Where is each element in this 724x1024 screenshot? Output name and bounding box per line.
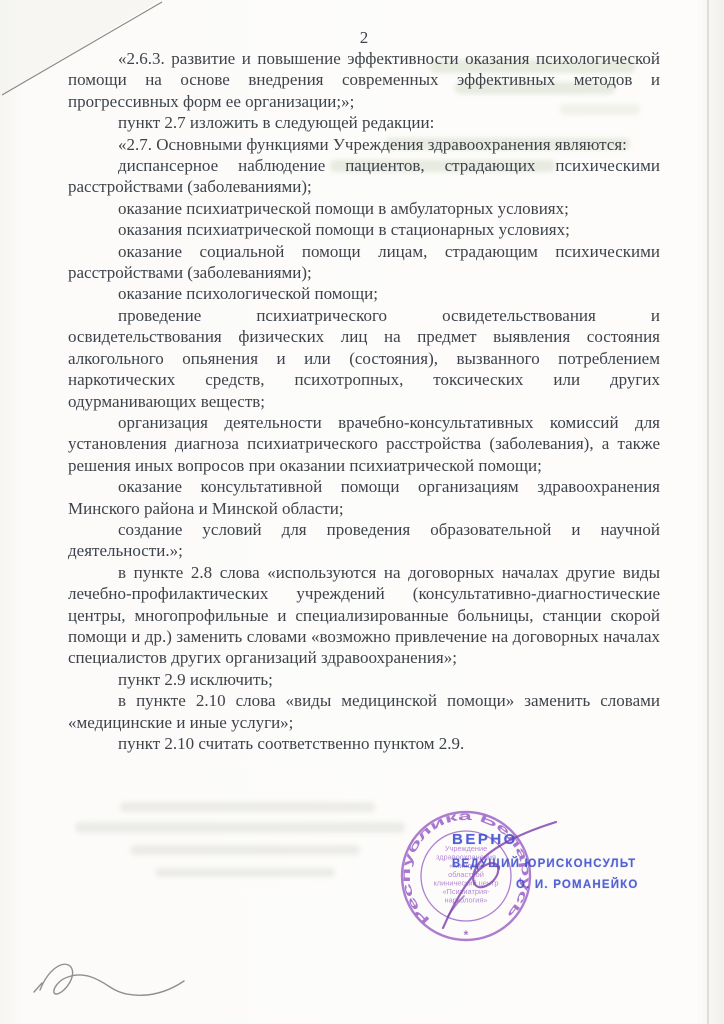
document-paragraph: оказание социальной помощи лицам, страда… bbox=[68, 241, 660, 284]
document-paragraph: пункт 2.7 изложить в следующей редакции: bbox=[68, 112, 660, 133]
pencil-signature bbox=[24, 948, 214, 1018]
scanned-document-page: 2 «2.6.3. развитие и повышение эффективн… bbox=[0, 0, 724, 1024]
document-paragraph: организация деятельности врачебно-консул… bbox=[68, 412, 660, 476]
document-paragraph: создание условий для проведения образова… bbox=[68, 519, 660, 562]
document-paragraph: «2.7. Основными функциями Учреждения здр… bbox=[68, 134, 660, 155]
ink-bleedthrough bbox=[130, 845, 360, 855]
stamp-bottom-symbol: * bbox=[464, 928, 469, 942]
document-paragraph: в пункте 2.8 слова «используются на дого… bbox=[68, 562, 660, 669]
ink-bleedthrough bbox=[75, 822, 405, 833]
document-body: «2.6.3. развитие и повышение эффективнос… bbox=[68, 48, 660, 754]
document-paragraph: диспансерное наблюдение пациентов, страд… bbox=[68, 155, 660, 198]
page-number: 2 bbox=[68, 28, 660, 48]
document-paragraph: оказание консультативной помощи организа… bbox=[68, 476, 660, 519]
certification-verno-label: ВЕРНО bbox=[452, 831, 639, 848]
document-paragraph: в пункте 2.10 слова «виды медицинской по… bbox=[68, 690, 660, 733]
scan-edge-line bbox=[707, 0, 709, 1024]
document-paragraph: оказание психиатрической помощи в амбула… bbox=[68, 198, 660, 219]
document-paragraph: пункт 2.10 считать соответственно пункто… bbox=[68, 733, 660, 754]
document-paragraph: пункт 2.9 исключить; bbox=[68, 669, 660, 690]
certification-stamp: ВЕРНО ВЕДУЩИЙ ЮРИСКОНСУЛЬТ О. И. РОМАНЕЙ… bbox=[452, 831, 639, 891]
stamp-inner-line: наркология» bbox=[444, 896, 487, 905]
ink-bleedthrough bbox=[155, 868, 335, 877]
document-paragraph: проведение психиатрического освидетельст… bbox=[68, 305, 660, 412]
document-paragraph: «2.6.3. развитие и повышение эффективнос… bbox=[68, 48, 660, 112]
document-paragraph: оказание психологической помощи; bbox=[68, 283, 660, 304]
document-paragraph: оказания психиатрической помощи в стацио… bbox=[68, 219, 660, 240]
certification-name: О. И. РОМАНЕЙКО bbox=[516, 879, 639, 891]
certification-title: ВЕДУЩИЙ ЮРИСКОНСУЛЬТ bbox=[452, 858, 639, 870]
ink-bleedthrough bbox=[120, 802, 375, 812]
